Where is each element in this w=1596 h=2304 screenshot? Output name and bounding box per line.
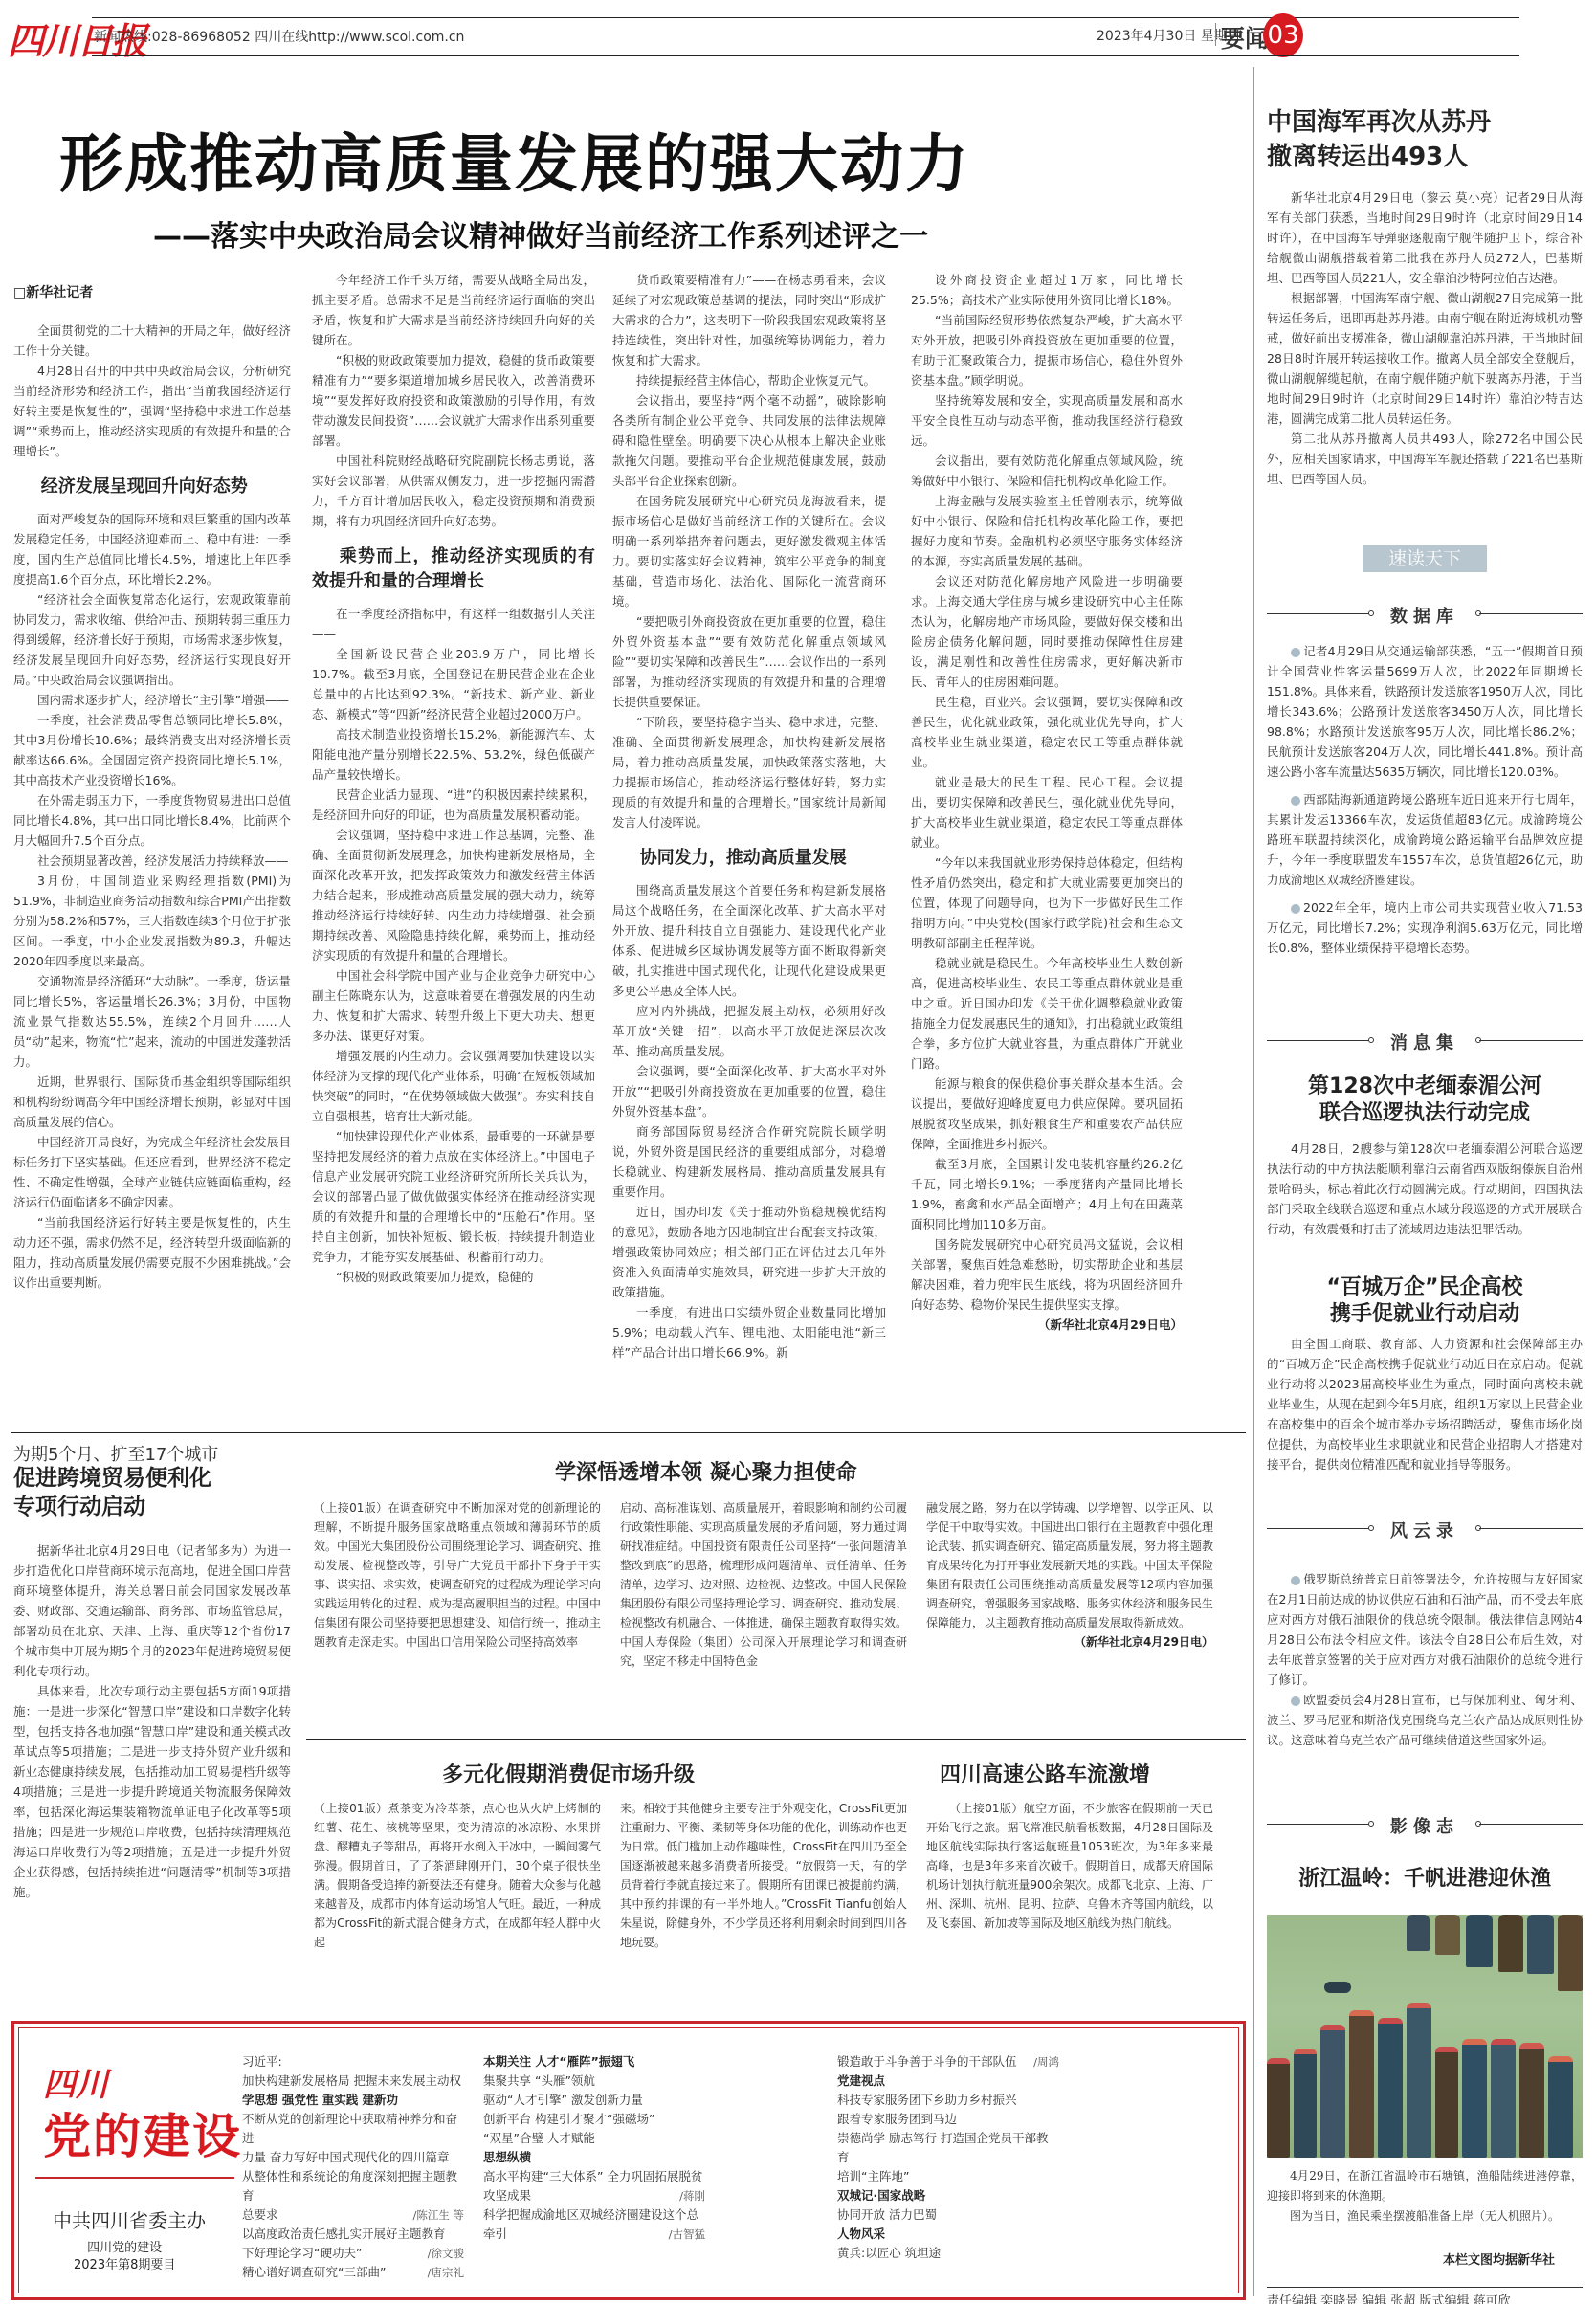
news-headline-mekong: 第128次中老缅泰湄公河 联合巡逻执法行动完成 [1267, 1074, 1583, 1127]
world-item: 欧盟委员会4月28日宣布，已与保加利亚、匈牙利、波兰、罗马尼亚和斯洛伐克围绕乌克… [1267, 1690, 1583, 1750]
dateline: （新华社北京4月29日电） [911, 1315, 1183, 1335]
study-column-1: （上接01版）在调查研究中不断加深对党的创新理论的理解，不断提升服务国家战略重点… [314, 1498, 601, 1728]
lead-headline: 形成推动高质量发展的强大动力 [59, 113, 970, 204]
holiday-column-2: 来。相较于其他健身主要专注于外观变化，CrossFit更加注重耐力、平衡、柔韧等… [620, 1799, 907, 2011]
ad-entry: 本期关注 人才“雁阵”振翅飞 [483, 2052, 705, 2071]
paragraph: 民生稳，百业兴。会议强调，要切实保障和改善民生，优化就业政策，强化就业优先导向，… [911, 692, 1183, 772]
section-subhead: 协同发力，推动高质量发展 [612, 846, 886, 871]
database-item: 2022年全年，境内上市公司共实现营业收入71.53万亿元，同比增长7.2%；实… [1267, 897, 1583, 958]
ad-entry: 下好理论学习“硬功夫”/徐文骏 [242, 2244, 464, 2263]
paragraph: 在外需走弱压力下，一季度货物贸易进出口总值同比增长4.8%，其中出口同比增长8.… [13, 790, 291, 851]
paragraph: 在国务院发展研究中心研究员龙海波看来，提振市场信心是做好当前经济工作的关键所在。… [612, 491, 886, 611]
paragraph: 稳就业就是稳民生。今年高校毕业生人数创新高，促进高校毕业生、农民工等重点群体就业… [911, 953, 1183, 1074]
study-column-3: 融发展之路，努力在以学铸魂、以学增智、以学正风、以学促干中取得实效。中国进出口银… [926, 1498, 1213, 1728]
ad-entry: 攻坚成果/蒋刚 [483, 2186, 705, 2205]
study-headline: 学深悟透增本领 凝心聚力担使命 [555, 1456, 857, 1486]
paragraph: 今年经济工作千头万绪，需要从战略全局出发，抓主要矛盾。总需求不足是当前经济运行面… [312, 270, 595, 350]
news-body-mekong: 4月28日，2艘参与第128次中老缅泰湄公河联合巡逻执法行动的中方执法艇顺利靠泊… [1267, 1139, 1583, 1263]
ad-entry: 总要求/陈江生 等 [242, 2205, 464, 2225]
paragraph: 据新华社北京4月29日电（记者邹多为）为进一步打造优化口岸营商环境示范高地，促进… [13, 1540, 291, 1681]
ad-entry: 创新平台 构建引才聚才“强磁场” [483, 2110, 705, 2129]
ad-entry: 驱动“人才引擎” 激发创新力量 [483, 2091, 705, 2110]
ad-entry: 牵引/古智猛 [483, 2225, 705, 2244]
paragraph: “经济社会全面恢复常态化运行，宏观政策靠前协同发力，需求收缩、供给冲击、预期转弱… [13, 589, 291, 690]
database-section-title: 数据库 [1267, 603, 1583, 624]
paragraph: 就业是最大的民生工程、民心工程。会议提出，要切实保障和改善民生，强化就业优先导向… [911, 772, 1183, 853]
section-divider [306, 1739, 1246, 1740]
dateline: （新华社北京4月29日电） [926, 1632, 1213, 1651]
ad-logo-main: 党的建设 [43, 2098, 242, 2167]
trade-prehead: 为期5个月、扩至17个城市 [13, 1441, 218, 1466]
fishing-boats-photo [1267, 1915, 1583, 2158]
paragraph: 近期，世界银行、国际货币基金组织等国际组织和机构纷纷调高今年中国经济增长预期，彰… [13, 1072, 291, 1132]
issue-date: 2023年4月30日 星期日 [1097, 26, 1241, 45]
lead-column-4: 设外商投资企业超过1万家，同比增长25.5%；高技术产业实际使用外资同比增长18… [911, 270, 1183, 1399]
paragraph: 会议强调，坚持稳中求进工作总基调，完整、准确、全面贯彻新发展理念，加快构建新发展… [312, 825, 595, 965]
database-item: 西部陆海新通道跨境公路班车近日迎来开行七周年，其累计发运13366车次，发运货值… [1267, 789, 1583, 890]
navy-article: 新华社北京4月29日电（黎云 莫小亮）记者29日从海军有关部门获悉，当地时间29… [1267, 188, 1583, 532]
paragraph: 坚持统筹发展和安全，实现高质量发展和高水平安全良性互动与动态平衡，推动我国经济行… [911, 390, 1183, 451]
world-section-title: 风云录 [1267, 1518, 1583, 1539]
world-item: 俄罗斯总统普京日前签署法令，允许按照与友好国家在2月1日前达成的协议供应石油和石… [1267, 1569, 1583, 1690]
ad-sponsor: 中共四川省委主办 [53, 2205, 206, 2233]
paragraph: 设外商投资企业超过1万家，同比增长25.5%；高技术产业实际使用外资同比增长18… [911, 270, 1183, 310]
paragraph: 持续提振经营主体信心，帮助企业恢复元气。 [612, 370, 886, 390]
bullet-icon [1291, 1576, 1300, 1585]
speed-read-banner: 速读天下 [1363, 545, 1487, 572]
paragraph: 中国经济开局良好，为完成全年经济社会发展目标任务打下坚实基础。但还应看到，世界经… [13, 1132, 291, 1212]
database-list: 记者4月29日从交通运输部获悉，“五一”假期首日预计全国营业性客运量5699万人… [1267, 641, 1583, 1014]
world-news-list: 俄罗斯总统普京日前签署法令，允许按照与友好国家在2月1日前达成的协议供应石油和石… [1267, 1569, 1583, 1789]
hotline-text: 新闻热线:028-86968052 四川在线http://www.scol.co… [94, 27, 464, 46]
paragraph: 第二批从苏丹撤离人员共493人，除272名中国公民外，应相关国家请求，中国海军军… [1267, 429, 1583, 489]
paragraph: 会议强调，要“全面深化改革、扩大高水平对外开放”“把吸引外商投资放在更加重要的位… [612, 1061, 886, 1121]
section-subhead: 经济发展呈现回升向好态势 [13, 475, 291, 499]
ad-entry: 力量 奋力写好中国式现代化的四川篇章 [242, 2148, 464, 2167]
ad-entry: 集聚共享 “头雁”领航 [483, 2071, 705, 2091]
paragraph: 应对内外挑战，把握发展主动权，必须用好改革开放“关键一招”，以高水平开放促进深层… [612, 1001, 886, 1061]
paragraph: 新华社北京4月29日电（黎云 莫小亮）记者29日从海军有关部门获悉，当地时间29… [1267, 188, 1583, 288]
ad-entry: 协同开放 活力巴蜀 [837, 2205, 1059, 2225]
paragraph: 国务院发展研究中心研究员冯文猛说，会议相关部署，聚焦百姓急难愁盼，切实帮助企业和… [911, 1234, 1183, 1315]
section-divider [11, 1432, 1246, 1433]
byline: □新华社记者 [13, 283, 291, 303]
highway-headline: 四川高速公路车流激增 [940, 1759, 1150, 1788]
ad-entry: 不断从党的创新理论中获取精神养分和奋进 [242, 2110, 464, 2148]
ad-entry: 加快构建新发展格局 把握未来发展主动权 [242, 2071, 464, 2091]
ad-contents-column-2: 本期关注 人才“雁阵”振翅飞 集聚共享 “头雁”领航 驱动“人才引擎” 激发创新… [483, 2052, 705, 2244]
paragraph: 商务部国际贸易经济合作研究院院长顾学明说，外贸外资是国民经济的重要组成部分，对稳… [612, 1121, 886, 1202]
paragraph: 上海金融与发展实验室主任曾刚表示，统筹做好中小银行、保险和信托机构改革化险工作，… [911, 491, 1183, 571]
paragraph: “加快建设现代化产业体系，最重要的一环就是要坚持把发展经济的着力点放在实体经济上… [312, 1126, 595, 1267]
paragraph: “下阶段，要坚持稳字当头、稳中求进，完整、准确、全面贯彻新发展理念，加快构建新发… [612, 712, 886, 832]
paragraph: “积极的财政政策要加力提效，稳健的 [312, 1267, 595, 1287]
paragraph: 全国新设民营企业203.9万户，同比增长10.7%。截至3月底，全国登记在册民营… [312, 644, 595, 724]
paragraph: 交通物流是经济循环“大动脉”。一季度，货运量同比增长5%，客运量增长26.3%；… [13, 971, 291, 1072]
photo-credit: 本栏文图均据新华社 [1443, 2249, 1555, 2268]
paragraph: “积极的财政政策要加力提效，稳健的货币政策要精准有力”“要多渠道增加城乡居民收入… [312, 350, 595, 451]
paragraph: 民营企业活力显现、“进”的积极因素持续累积，是经济回升向好的印证，也为高质量发展… [312, 785, 595, 825]
paragraph: 中国社科院财经战略研究院副院长杨志勇说，落实好会议部署，从供需双侧发力，进一步挖… [312, 451, 595, 531]
paragraph: “今年以来我国就业形势保持总体稳定，但结构性矛盾仍然突出，稳定和扩大就业需要更加… [911, 853, 1183, 953]
paragraph: 货币政策要精准有力”——在杨志勇看来，会议延续了对宏观政策总基调的提法，同时突出… [612, 270, 886, 370]
ad-entry: 黄兵:以匠心 筑坦途 [837, 2244, 1059, 2263]
paragraph: “当前国际经贸形势依然复杂严峻，扩大高水平对外开放，把吸引外商投资放在更加重要的… [911, 310, 1183, 390]
lead-subheadline: ——落实中央政治局会议精神做好当前经济工作系列述评之一 [153, 212, 928, 255]
paragraph: 增强发展的内生动力。会议强调要加快建设以实体经济为支撑的现代化产业体系，明确“在… [312, 1046, 595, 1126]
ad-entry: 崇德尚学 励志笃行 打造国企党员干部教育 [837, 2129, 1059, 2167]
paragraph: 面对严峻复杂的国际环境和艰巨繁重的国内改革发展稳定任务，中国经济迎难而上、稳中有… [13, 509, 291, 589]
bullet-icon [1291, 904, 1300, 914]
ad-entry: 精心谱好调查研究“三部曲”/唐宗礼 [242, 2263, 464, 2282]
photo-caption: 4月29日，在浙江省温岭市石塘镇，渔船陆续进港停靠，迎接即将到来的休渔期。 图为… [1267, 2166, 1583, 2233]
paragraph: 全面贯彻党的二十大精神的开局之年，做好经济工作十分关键。 [13, 321, 291, 361]
section-label: 要闻 [1221, 20, 1269, 55]
ad-entry: 人物风采 [837, 2225, 1059, 2244]
masthead-rule [92, 55, 1519, 56]
trade-article: 据新华社北京4月29日电（记者邹多为）为进一步打造优化口岸营商环境示范高地，促进… [13, 1540, 291, 2005]
bullet-icon [1291, 1696, 1300, 1706]
highway-article: （上接01版）航空方面，不少旅客在假期前一天已开始飞行之旅。据飞常准民航看板数据… [926, 1799, 1213, 2011]
editors-line: 责任编辑 栾晓景 编辑 张超 版式编辑 蒋可欣 [1267, 2291, 1511, 2304]
ad-entry: 高水平构建“三大体系” 全力巩固拓展脱贫 [483, 2167, 705, 2186]
paragraph: “要把吸引外商投资放在更加重要的位置，稳住外贸外资基本盘”“要有效防范化解重点领… [612, 611, 886, 712]
editors-rule [1267, 2287, 1583, 2288]
news-body-jobs: 由全国工商联、教育部、人力资源和社会保障部主办的“百城万企”民企高校携手促就业行… [1267, 1334, 1583, 1506]
navy-headline: 中国海军再次从苏丹 撤离转运出493人 [1267, 105, 1491, 174]
ad-entry: 培训“主阵地” [837, 2167, 1059, 2186]
paragraph: 能源与粮食的保供稳价事关群众基本生活。会议提出，要做好迎峰度夏电力供应保障。要巩… [911, 1074, 1183, 1154]
paragraph: 4月28日召开的中共中央政治局会议，分析研究当前经济形势和经济工作，指出“当前我… [13, 361, 291, 461]
photo-headline: 浙江温岭：千帆进港迎休渔 [1267, 1866, 1583, 1893]
paragraph: 根据部署，中国海军南宁舰、微山湖舰27日完成第一批转运任务后，迅即再赴苏丹港。由… [1267, 288, 1583, 429]
paragraph: 具体来看，此次专项行动主要包括5方面19项措施：一是进一步深化“智慧口岸”建设和… [13, 1681, 291, 1902]
ad-entry: 科学把握成渝地区双城经济圈建设这个总 [483, 2205, 705, 2225]
paragraph: 会议指出，要坚持“两个毫不动摇”，破除影响各类所有制企业公平竞争、共同发展的法律… [612, 390, 886, 491]
ad-entry: 从整体性和系统论的角度深刻把握主题教育 [242, 2167, 464, 2205]
bullet-icon [1291, 796, 1300, 806]
trade-headline: 促进跨境贸易便利化 专项行动启动 [13, 1464, 211, 1521]
section-subhead: 乘势而上，推动经济实现质的有效提升和量的合理增长 [312, 544, 595, 594]
news-headline-jobs: “百城万企”民企高校 携手促就业行动启动 [1267, 1274, 1583, 1328]
ad-entry: “双星”合璧 人才赋能 [483, 2129, 705, 2148]
paragraph: 在一季度经济指标中，有这样一组数据引人关注—— [312, 604, 595, 644]
paragraph: 一季度，社会消费品零售总额同比增长5.8%，其中3月份增长10.6%；最终消费支… [13, 710, 291, 790]
database-item: 记者4月29日从交通运输部获悉，“五一”假期首日预计全国营业性客运量5699万人… [1267, 641, 1583, 782]
column-divider [1253, 67, 1254, 2296]
paragraph: 国内需求逐步扩大，经济增长“主引擎”增强—— [13, 690, 291, 710]
ad-entry: 学思想 强党性 重实践 建新功 [242, 2091, 464, 2110]
paragraph: 截至3月底，全国累计发电装机容量约26.2亿千瓦，同比增长9.1%；一季度猪肉产… [911, 1154, 1183, 1234]
lead-column-2: 今年经济工作千头万绪，需要从战略全局出发，抓主要矛盾。总需求不足是当前经济运行面… [312, 270, 595, 1389]
ad-entry: 科技专家服务团下乡助力乡村振兴 [837, 2091, 1059, 2110]
masthead-rule [92, 17, 1519, 18]
lead-column-3: 货币政策要精准有力”——在杨志勇看来，会议延续了对宏观政策总基调的提法，同时突出… [612, 270, 886, 1389]
ad-contents-column-3: 锻造敢于斗争善于斗争的干部队伍/周鸿 党建视点 科技专家服务团下乡助力乡村振兴 … [837, 2052, 1059, 2263]
lead-column-1: □新华社记者 全面贯彻党的二十大精神的开局之年，做好经济工作十分关键。 4月28… [13, 283, 291, 1412]
ad-entry: 思想纵横 [483, 2148, 705, 2167]
ad-entry: 以高度政治责任感扎实开展好主题教育 [242, 2225, 464, 2244]
ad-entry: 锻造敢于斗争善于斗争的干部队伍/周鸿 [837, 2052, 1059, 2071]
paragraph: 3月份，中国制造业采购经理指数(PMI)为51.9%，非制造业商务活动指数和综合… [13, 871, 291, 971]
paragraph: 近日，国办印发《关于推动外贸稳规模优结构的意见》，鼓励各地方因地制宜出台配套支持… [612, 1202, 886, 1302]
ad-entry: 跟着专家服务团到马边 [837, 2110, 1059, 2129]
paragraph: 一季度，有进出口实绩外贸企业数量同比增加5.9%；电动载人汽车、锂电池、太阳能电… [612, 1302, 886, 1362]
masthead-divider [1215, 23, 1216, 46]
paragraph: 围绕高质量发展这个首要任务和构建新发展格局这个战略任务，在全面深化改革、扩大高水… [612, 880, 886, 1001]
party-building-ad: 四川 党的建设 中共四川省委主办 四川党的建设 2023年第8期要目 习近平: … [11, 2021, 1246, 2300]
bullet-icon [1291, 648, 1300, 657]
photo-section-title: 影像志 [1267, 1813, 1583, 1834]
news-section-title: 消息集 [1267, 1030, 1583, 1051]
page-number-badge: 03 [1263, 13, 1303, 57]
ad-entry: 双城记·国家战略 [837, 2186, 1059, 2205]
paragraph: 会议还对防范化解房地产风险进一步明确要求。上海交通大学住房与城乡建设研究中心主任… [911, 571, 1183, 692]
paragraph: 中国社会科学院中国产业与企业竞争力研究中心副主任陈晓东认为，这意味着要在增强发展… [312, 965, 595, 1046]
paragraph: “当前我国经济运行好转主要是恢复性的，内生动力还不强，需求仍然不足，经济转型升级… [13, 1212, 291, 1293]
ad-entry: 习近平: [242, 2052, 464, 2071]
ad-issue: 四川党的建设 2023年第8期要目 [74, 2240, 175, 2274]
paragraph: 社会预期显著改善，经济发展活力持续释放—— [13, 851, 291, 871]
study-column-2: 启动、高标准谋划、高质量展开，着眼影响和制约公司履行政策性职能、实现高质量发展的… [620, 1498, 907, 1728]
ad-contents-column-1: 习近平: 加快构建新发展格局 把握未来发展主动权 学思想 强党性 重实践 建新功… [242, 2052, 464, 2282]
masthead: 四川日报 新闻热线:028-86968052 四川在线http://www.sc… [0, 0, 1596, 67]
paragraph: 会议指出，要有效防范化解重点领域风险，统筹做好中小银行、保险和信托机构改革化险工… [911, 451, 1183, 491]
holiday-column-1: （上接01版）煮茶变为冷萃茶，点心也从火炉上烤制的红薯、花生、核桃等坚果，变为清… [314, 1799, 601, 2011]
paragraph: 高技术制造业投资增长15.2%，新能源汽车、太阳能电池产量分别增长22.5%、5… [312, 724, 595, 785]
ad-entry: 党建视点 [837, 2071, 1059, 2091]
holiday-headline: 多元化假期消费促市场升级 [442, 1759, 695, 1788]
